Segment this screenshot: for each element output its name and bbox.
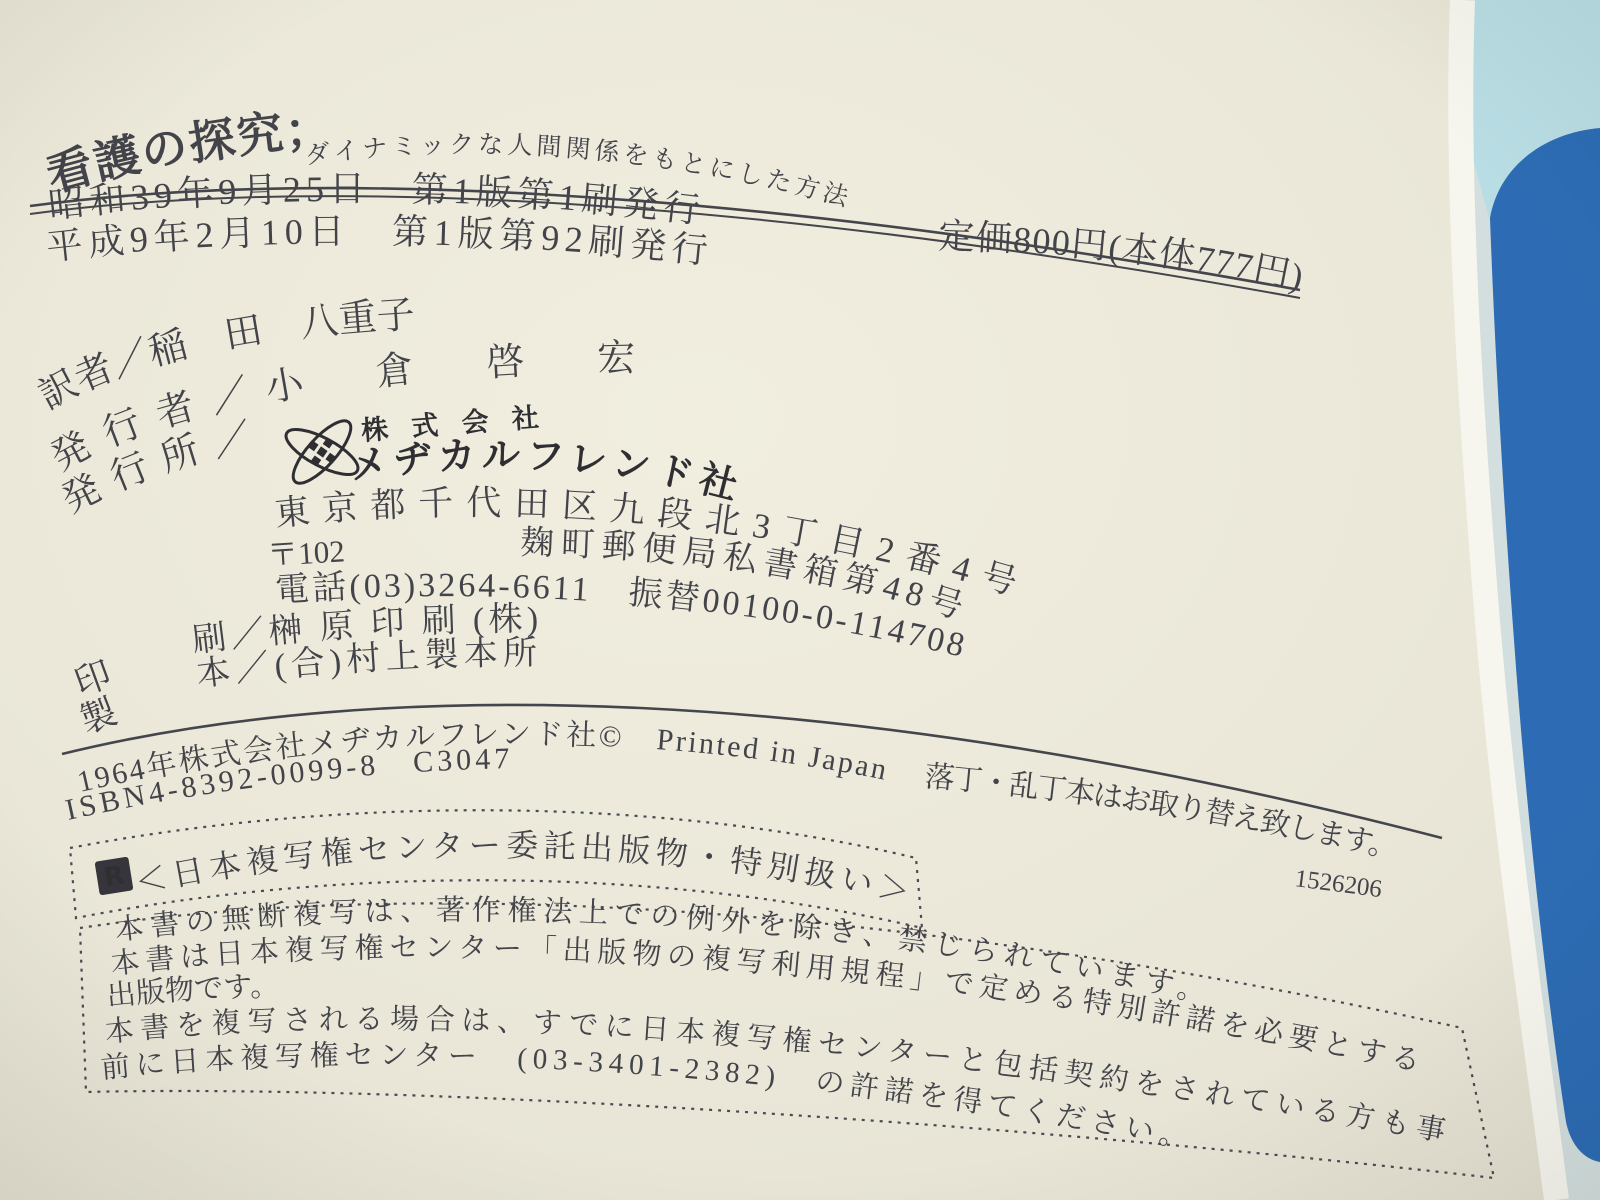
photo-canvas: 看護の探究； ダイナミックな人間関係をもとにした方法 昭和39年9月25日 第1…: [0, 0, 1600, 1200]
vignette-overlay: [0, 0, 1600, 1200]
